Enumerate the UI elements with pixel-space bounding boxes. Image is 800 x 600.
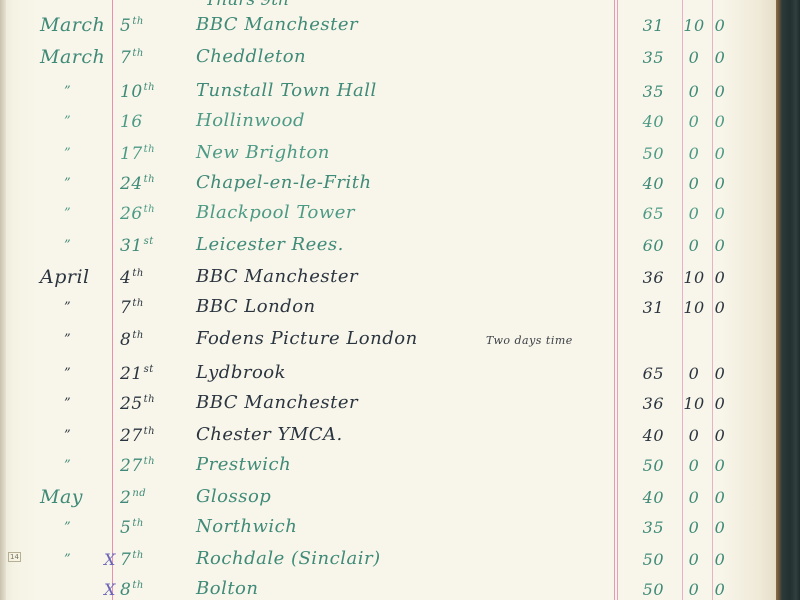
entry-day-suffix: th [144,456,155,467]
entry-month: ” [64,520,71,535]
entry-pounds: 35 [628,518,664,537]
entry-pence: 0 [710,518,730,537]
entry-day-suffix: th [144,174,155,185]
entry-shillings: 10 [680,394,708,413]
entry-day-suffix: th [132,580,143,591]
entry-mark: X [104,580,116,599]
entry-day: 24th [120,174,155,194]
entry-venue: Prestwich [196,454,291,475]
entry-day-suffix: th [132,330,143,341]
entry-pounds: 35 [628,82,664,101]
entry-pence: 0 [710,580,730,599]
entry-day: 8th [120,330,144,350]
entry-venue: Bolton [196,578,258,599]
entry-shillings: 0 [680,174,708,193]
entry-venue: Tunstall Town Hall [196,80,377,101]
entry-venue: Rochdale (Sinclair) [196,548,381,569]
amount-column-rule [614,0,615,600]
entry-day: 10th [120,82,155,102]
entry-shillings: 0 [680,236,708,255]
entry-month: ” [64,176,71,191]
entry-month: ” [64,146,71,161]
entry-day: 31st [120,236,154,256]
entry-note: Two days time [486,334,573,347]
entry-shillings: 0 [680,48,708,67]
entry-day: 7th [120,550,144,570]
entry-pounds: 50 [628,456,664,475]
entry-pence: 0 [710,268,730,287]
header-fragment: Thurs 9th [205,0,289,10]
entry-day-suffix: th [132,268,143,279]
entry-venue: New Brighton [196,142,330,163]
entry-shillings: 0 [680,550,708,569]
entry-shillings: 0 [680,456,708,475]
entry-month: ” [64,114,71,129]
entry-month: March [40,14,105,36]
entry-day: 5th [120,518,144,538]
entry-pounds: 50 [628,580,664,599]
entry-shillings: 0 [680,364,708,383]
entry-venue: Cheddleton [196,46,306,67]
entry-day-suffix: th [144,394,155,405]
entry-shillings: 0 [680,82,708,101]
entry-day: 4th [120,268,144,288]
page-edge [0,0,6,600]
entry-pence: 0 [710,144,730,163]
entry-pounds: 60 [628,236,664,255]
entry-day-suffix: nd [132,488,146,499]
entry-day: 25th [120,394,155,414]
entry-month: March [40,46,105,68]
entry-day: 16 [120,112,143,132]
entry-month: ” [64,206,71,221]
entry-day: 7th [120,48,144,68]
entry-month: ” [64,366,71,381]
entry-venue: Chapel-en-le-Frith [196,172,372,193]
entry-venue: Fodens Picture London [196,328,418,349]
entry-venue: BBC Manchester [196,392,358,413]
entry-shillings: 0 [680,518,708,537]
entry-month: ” [64,238,71,253]
entry-day-suffix: th [144,204,155,215]
margin-rule [112,0,113,600]
entry-day-suffix: th [132,550,143,561]
entry-pounds: 40 [628,112,664,131]
entry-month: ” [64,428,71,443]
entry-day: 26th [120,204,155,224]
entry-pounds: 40 [628,426,664,445]
entry-day-suffix: st [144,364,154,375]
entry-venue: Chester YMCA. [196,424,343,445]
entry-pence: 0 [710,456,730,475]
entry-pence: 0 [710,426,730,445]
entry-pounds: 65 [628,364,664,383]
entry-month: ” [64,552,71,567]
entry-shillings: 10 [680,16,708,35]
entry-day-suffix: th [132,518,143,529]
entry-day: 21st [120,364,154,384]
entry-month: ” [64,300,71,315]
entry-pence: 0 [710,16,730,35]
entry-day-suffix: th [144,426,155,437]
entry-pounds: 36 [628,268,664,287]
entry-day: 8th [120,580,144,600]
entry-month: ” [64,332,71,347]
entry-day: 7th [120,298,144,318]
entry-pounds: 50 [628,550,664,569]
entry-venue: Leicester Rees. [196,234,344,255]
entry-pounds: 31 [628,298,664,317]
entry-venue: Lydbrook [196,362,286,383]
entry-pence: 0 [710,236,730,255]
book-binding [776,0,800,600]
entry-pence: 0 [710,204,730,223]
entry-day-suffix: st [144,236,154,247]
entry-day-suffix: th [144,82,155,93]
amount-column-rule [617,0,618,600]
entry-day: 2nd [120,488,146,508]
entry-pence: 0 [710,48,730,67]
entry-pence: 0 [710,394,730,413]
entry-day-suffix: th [132,16,143,27]
entry-shillings: 0 [680,144,708,163]
entry-venue: Hollinwood [196,110,305,131]
entry-month: ” [64,396,71,411]
entry-venue: Glossop [196,486,271,507]
entry-pence: 0 [710,364,730,383]
entry-month: May [40,486,83,508]
entry-pounds: 65 [628,204,664,223]
entry-month: April [40,266,90,288]
entry-venue: Northwich [196,516,297,537]
entry-day-suffix: th [132,48,143,59]
entry-pence: 0 [710,488,730,507]
entry-day-suffix: th [144,144,155,155]
entry-day: 27th [120,456,155,476]
entry-shillings: 0 [680,204,708,223]
entry-pence: 0 [710,298,730,317]
entry-shillings: 0 [680,426,708,445]
entry-venue: BBC Manchester [196,266,358,287]
entry-pounds: 36 [628,394,664,413]
page-number-stamp: 14 [8,552,21,562]
entry-pence: 0 [710,174,730,193]
entry-pounds: 50 [628,144,664,163]
entry-day-suffix: th [132,298,143,309]
entry-pounds: 35 [628,48,664,67]
entry-pounds: 31 [628,16,664,35]
entry-month: ” [64,84,71,99]
entry-pounds: 40 [628,488,664,507]
entry-shillings: 0 [680,112,708,131]
entry-pence: 0 [710,550,730,569]
entry-venue: Blackpool Tower [196,202,355,223]
entry-pence: 0 [710,112,730,131]
entry-mark: X [104,550,116,569]
entry-shillings: 0 [680,488,708,507]
entry-day: 27th [120,426,155,446]
entry-venue: BBC London [196,296,316,317]
entry-month: ” [64,458,71,473]
entry-day: 17th [120,144,155,164]
entry-pence: 0 [710,82,730,101]
entry-shillings: 10 [680,298,708,317]
entry-shillings: 10 [680,268,708,287]
entry-venue: BBC Manchester [196,14,358,35]
entry-pounds: 40 [628,174,664,193]
entry-shillings: 0 [680,580,708,599]
entry-day: 5th [120,16,144,36]
